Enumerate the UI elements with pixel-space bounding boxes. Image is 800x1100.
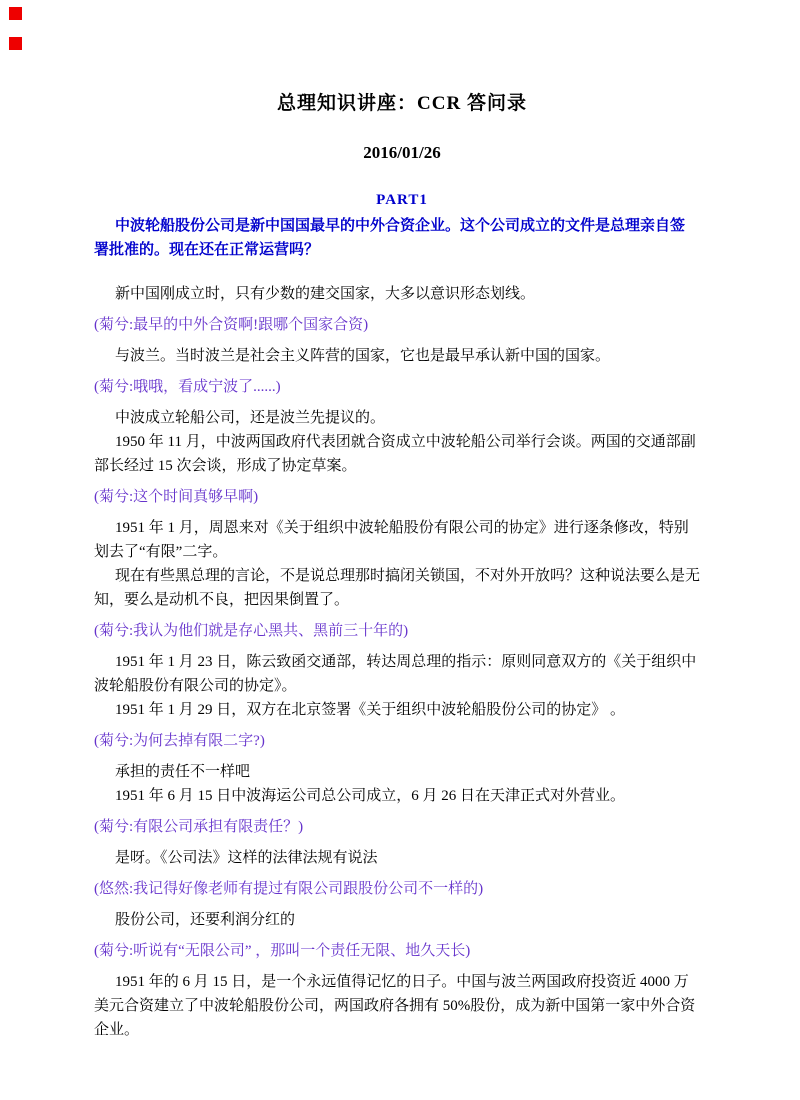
question-block: 中波轮船股份公司是新中国国最早的中外合资企业。这个公司成立的文件是总理亲自签署批… (94, 214, 710, 262)
answer-block: 1951 年的 6 月 15 日，是一个永远值得记忆的日子。中国与波兰两国政府投… (94, 970, 710, 1042)
text-line: 1951 年的 6 月 15 日，是一个永远值得记忆的日子。中国与波兰两国政府投… (94, 970, 710, 994)
answer-block: 承担的责任不一样吧1951 年 6 月 15 日中波海运公司总公司成立，6 月 … (94, 760, 710, 808)
dialogue-text-line: (菊兮:我认为他们就是存心黑共、黑前三十年的) (94, 619, 710, 643)
text-line: 署批准的。现在还在正常运营吗？ (94, 238, 710, 262)
dialogue-block: (菊兮:听说有“无限公司” ，那叫一个责任无限、地久天长) (94, 939, 710, 963)
answer-block: 1951 年 1 月，周恩来对《关于组织中波轮船股份有限公司的协定》进行逐条修改… (94, 516, 710, 612)
answer-block: 与波兰。当时波兰是社会主义阵营的国家，它也是最早承认新中国的国家。 (94, 344, 710, 368)
document-page: 总理知识讲座：CCR 答问录 2016/01/26 PART1 中波轮船股份公司… (0, 0, 800, 1100)
dialogue-block: (菊兮:为何去掉有限二字?) (94, 729, 710, 753)
dialogue-block: (菊兮:这个时间真够早啊) (94, 485, 710, 509)
text-line: 是呀。《公司法》这样的法律法规有说法 (94, 846, 710, 870)
text-line: 1951 年 6 月 15 日中波海运公司总公司成立，6 月 26 日在天津正式… (94, 784, 710, 808)
answer-block: 1951 年 1 月 23 日，陈云致函交通部，转达周总理的指示：原则同意双方的… (94, 650, 710, 722)
dialogue-text-line: (悠然:我记得好像老师有提过有限公司跟股份公司不一样的) (94, 877, 710, 901)
document-body: 中波轮船股份公司是新中国国最早的中外合资企业。这个公司成立的文件是总理亲自签署批… (94, 214, 710, 1042)
text-line: 现在有些黑总理的言论，不是说总理那时搞闭关锁国，不对外开放吗？这种说法要么是无 (94, 564, 710, 588)
text-line: 中波轮船股份公司是新中国国最早的中外合资企业。这个公司成立的文件是总理亲自签 (94, 214, 710, 238)
red-square-marker-1 (9, 7, 22, 20)
text-line: 承担的责任不一样吧 (94, 760, 710, 784)
text-column: 总理知识讲座：CCR 答问录 2016/01/26 PART1 中波轮船股份公司… (94, 0, 710, 1049)
dialogue-text-line: (菊兮:听说有“无限公司” ，那叫一个责任无限、地久天长) (94, 939, 710, 963)
text-line: 1950 年 11 月，中波两国政府代表团就合资成立中波轮船公司举行会谈。两国的… (94, 430, 710, 454)
part-label: PART1 (94, 192, 710, 208)
dialogue-text-line: (菊兮:哦哦，看成宁波了......) (94, 375, 710, 399)
text-line: 企业。 (94, 1018, 710, 1042)
text-line: 部长经过 15 次会谈，形成了协定草案。 (94, 454, 710, 478)
text-line: 1951 年 1 月 23 日，陈云致函交通部，转达周总理的指示：原则同意双方的… (94, 650, 710, 674)
text-line: 美元合资建立了中波轮船股份公司，两国政府各拥有 50%股份，成为新中国第一家中外… (94, 994, 710, 1018)
dialogue-text-line: (菊兮:这个时间真够早啊) (94, 485, 710, 509)
document-title: 总理知识讲座：CCR 答问录 (94, 91, 710, 117)
dialogue-block: (悠然:我记得好像老师有提过有限公司跟股份公司不一样的) (94, 877, 710, 901)
text-line: 波轮船股份有限公司的协定》。 (94, 674, 710, 698)
dialogue-block: (菊兮:有限公司承担有限责任？) (94, 815, 710, 839)
dialogue-block: (菊兮:我认为他们就是存心黑共、黑前三十年的) (94, 619, 710, 643)
dialogue-text-line: (菊兮:有限公司承担有限责任？) (94, 815, 710, 839)
text-line: 中波成立轮船公司，还是波兰先提议的。 (94, 406, 710, 430)
dialogue-text-line: (菊兮:最早的中外合资啊!跟哪个国家合资) (94, 313, 710, 337)
answer-block: 中波成立轮船公司，还是波兰先提议的。1950 年 11 月，中波两国政府代表团就… (94, 406, 710, 478)
red-square-marker-2 (9, 37, 22, 50)
dialogue-text-line: (菊兮:为何去掉有限二字?) (94, 729, 710, 753)
text-line: 1951 年 1 月，周恩来对《关于组织中波轮船股份有限公司的协定》进行逐条修改… (94, 516, 710, 540)
dialogue-block: (菊兮:哦哦，看成宁波了......) (94, 375, 710, 399)
text-line: 知，要么是动机不良，把因果倒置了。 (94, 588, 710, 612)
text-line: 股份公司，还要利润分红的 (94, 908, 710, 932)
text-line: 划去了“有限”二字。 (94, 540, 710, 564)
answer-block: 股份公司，还要利润分红的 (94, 908, 710, 932)
answer-block: 新中国刚成立时，只有少数的建交国家，大多以意识形态划线。 (94, 282, 710, 306)
text-line: 与波兰。当时波兰是社会主义阵营的国家，它也是最早承认新中国的国家。 (94, 344, 710, 368)
text-line: 1951 年 1 月 29 日，双方在北京签署《关于组织中波轮船股份公司的协定》… (94, 698, 710, 722)
answer-block: 是呀。《公司法》这样的法律法规有说法 (94, 846, 710, 870)
document-date: 2016/01/26 (94, 143, 710, 163)
text-line: 新中国刚成立时，只有少数的建交国家，大多以意识形态划线。 (94, 282, 710, 306)
dialogue-block: (菊兮:最早的中外合资啊!跟哪个国家合资) (94, 313, 710, 337)
